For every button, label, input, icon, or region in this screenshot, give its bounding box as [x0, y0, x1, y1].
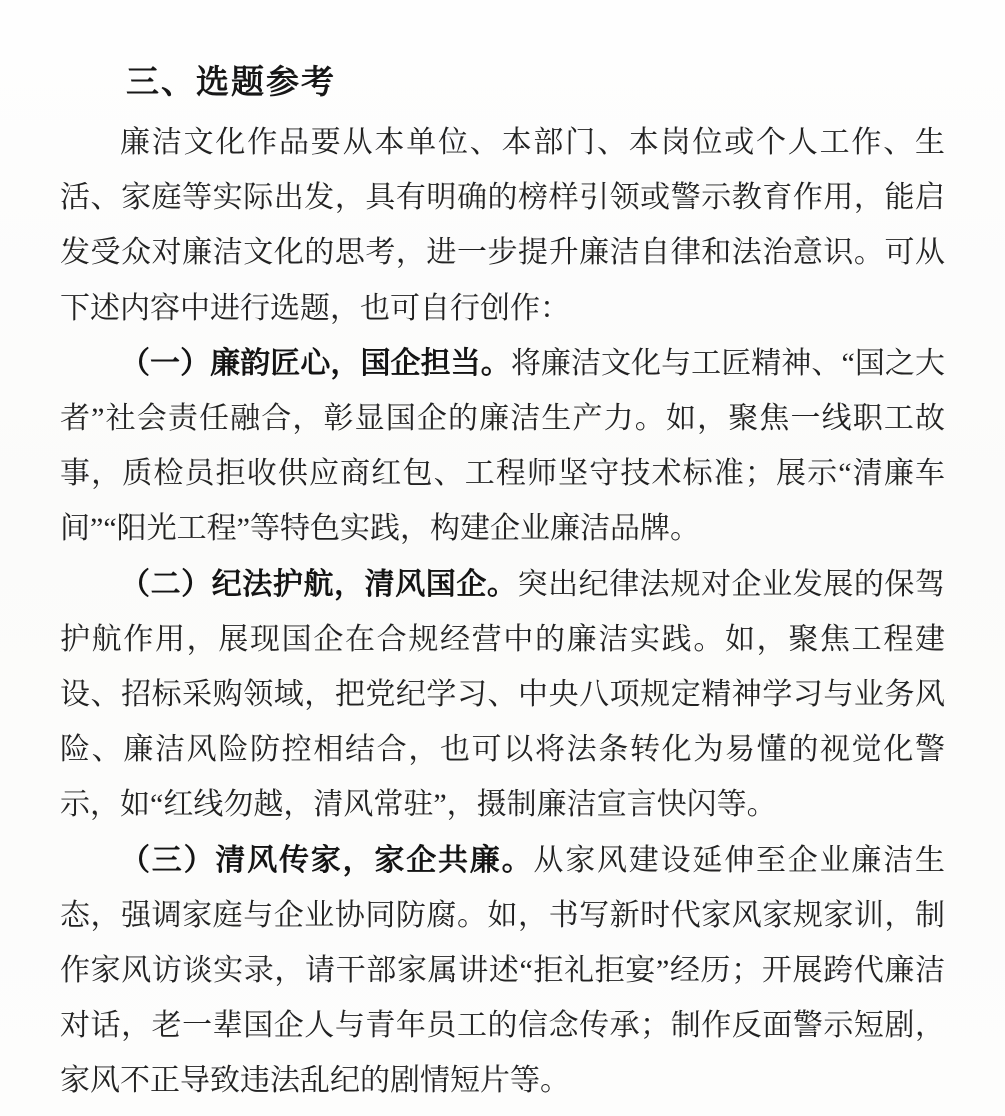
document-page: 三、选题参考 廉洁文化作品要从本单位、本部门、本岗位或个人工作、生活、家庭等实际… — [0, 0, 1005, 1116]
topic-3-title: （三）清风传家，家企共廉。 — [120, 844, 533, 877]
topic-item-3: （三）清风传家，家企共廉。从家风建设延伸至企业廉洁生态，强调家庭与企业协同防腐。… — [60, 833, 945, 1109]
topic-item-1: （一）廉韵匠心，国企担当。将廉洁文化与工匠精神、“国之大者”社会责任融合，彰显国… — [60, 336, 945, 557]
topic-3-body: 从家风建设延伸至企业廉洁生态，强调家庭与企业协同防腐。如，书写新时代家风家规家训… — [60, 844, 945, 1098]
topic-2-body: 突出纪律法规对企业发展的保驾护航作用，展现国企在合规经营中的廉洁实践。如，聚焦工… — [60, 568, 945, 822]
topic-1-title: （一）廉韵匠心，国企担当。 — [120, 347, 511, 380]
topic-item-2: （二）纪法护航，清风国企。突出纪律法规对企业发展的保驾护航作用，展现国企在合规经… — [60, 557, 945, 833]
section-heading: 三、选题参考 — [60, 60, 945, 104]
intro-paragraph: 廉洁文化作品要从本单位、本部门、本岗位或个人工作、生活、家庭等实际出发，具有明确… — [60, 115, 945, 336]
topic-2-title: （二）纪法护航，清风国企。 — [120, 568, 518, 601]
